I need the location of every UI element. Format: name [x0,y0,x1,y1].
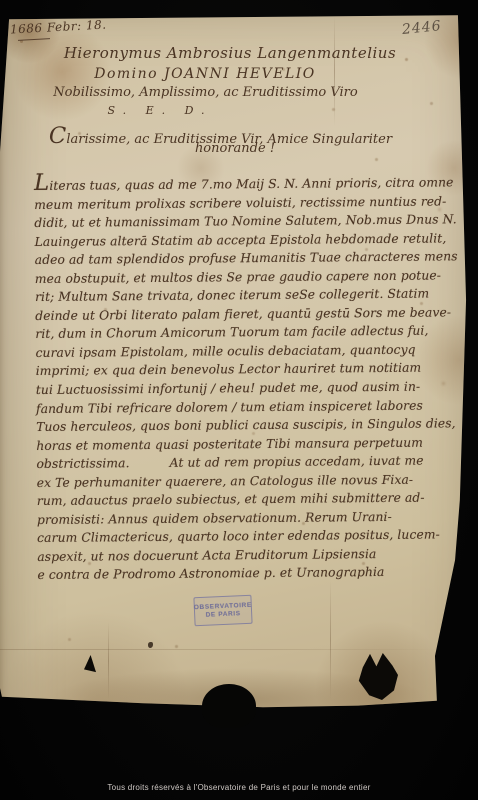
body-line: carum Climactericus, quarto loco inter e… [37,526,461,548]
paper-hole-large [358,652,398,700]
date-underline [18,38,50,41]
fold-crease [330,580,331,700]
heading-honorifics: Nobilissimo, Amplissimo, ac Eruditissimo… [18,85,393,100]
folio-number: 2446 [401,18,442,38]
ink-spot [148,642,153,648]
paper-hole-small [84,655,96,673]
paper-sheet: 1686 Febr: 18. 2446 Hieronymus Ambrosius… [0,0,478,800]
observatoire-stamp: OBSERVATOIRE DE PARIS [193,595,252,627]
salutation-line-2: honorande ! [60,141,410,156]
archival-date-note: 1686 Febr: 18. [10,17,107,36]
heading-author-name: Hieronymus Ambrosius Langenmantelius [40,44,420,62]
fold-crease [108,622,109,700]
copyright-caption: Tous droits réservés à l'Observatoire de… [0,783,478,792]
body-line: rum, adauctus praelo subiectus, et quem … [37,489,461,511]
fold-crease [0,649,440,650]
manuscript-scan-photo: 1686 Febr: 18. 2446 Hieronymus Ambrosius… [0,0,478,800]
heading-addressee: Domino JOANNI HEVELIO [40,66,370,82]
salutation-initials: S. E. D. [60,104,260,117]
paper-edge-notch [202,684,256,728]
letter-body: Literas tuas, quas ad me 7.mo Maij S. N.… [34,173,462,585]
body-line: e contra de Prodromo Astronomiae p. et U… [37,563,461,585]
stamp-text-line2: DE PARIS [206,610,241,620]
